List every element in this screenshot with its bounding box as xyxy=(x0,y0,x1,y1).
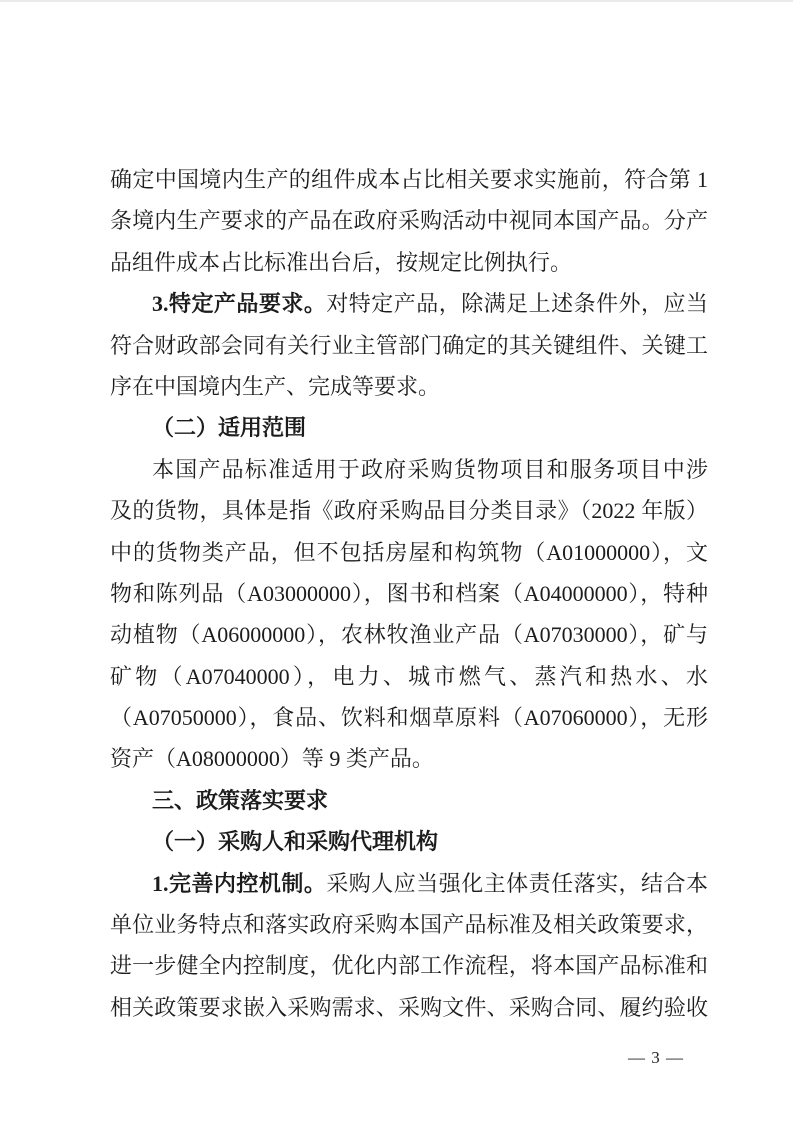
paragraph-lead: 3.特定产品要求。 xyxy=(152,291,326,316)
text-line: 单位业务特点和落实政府采购本国产品标准及相关政策要求， xyxy=(110,904,708,945)
subsection-heading-scope: （二）适用范围 xyxy=(110,407,708,448)
text-line: 符合财政部会同有关行业主管部门确定的其关键组件、关键工 xyxy=(110,325,708,366)
text-line: 及的货物，具体是指《政府采购品目分类目录》（2022 年版） xyxy=(110,490,708,531)
text-line: 动植物（A06000000），农林牧渔业产品（A07030000），矿与 xyxy=(110,614,708,655)
paragraph-text: 对特定产品，除满足上述条件外，应当 xyxy=(326,291,708,316)
text-line: 序在中国境内生产、完成等要求。 xyxy=(110,366,708,407)
text-line: 物和陈列品（A03000000），图书和档案（A04000000），特种 xyxy=(110,573,708,614)
text-line: 条境内生产要求的产品在政府采购活动中视同本国产品。分产 xyxy=(110,200,708,241)
text-line: 本国产品标准适用于政府采购货物项目和服务项目中涉 xyxy=(110,449,708,490)
subsection-heading-purchasers: （一）采购人和采购代理机构 xyxy=(110,821,708,862)
page-top-edge xyxy=(0,0,793,2)
text-line: 资产（A08000000）等 9 类产品。 xyxy=(110,738,708,779)
text-line: （A07050000），食品、饮料和烟草原料（A07060000），无形 xyxy=(110,697,708,738)
document-body: 确定中国境内生产的组件成本占比相关要求实施前，符合第 1 条境内生产要求的产品在… xyxy=(110,159,708,1028)
paragraph-text: 采购人应当强化主体责任落实，结合本 xyxy=(326,871,708,896)
text-line: 进一步健全内控制度，优化内部工作流程，将本国产品标准和 xyxy=(110,945,708,986)
text-line: 1.完善内控机制。采购人应当强化主体责任落实，结合本 xyxy=(110,863,708,904)
section-heading-policy: 三、政策落实要求 xyxy=(110,780,708,821)
paragraph-lead: 1.完善内控机制。 xyxy=(152,871,326,896)
page-number: — 3 — xyxy=(628,1048,684,1068)
text-line: 矿物（A07040000），电力、城市燃气、蒸汽和热水、水 xyxy=(110,656,708,697)
text-line: 相关政策要求嵌入采购需求、采购文件、采购合同、履约验收 xyxy=(110,987,708,1028)
document-page: 确定中国境内生产的组件成本占比相关要求实施前，符合第 1 条境内生产要求的产品在… xyxy=(0,0,793,1122)
text-line: 3.特定产品要求。对特定产品，除满足上述条件外，应当 xyxy=(110,283,708,324)
text-line: 中的货物类产品，但不包括房屋和构筑物（A01000000），文 xyxy=(110,532,708,573)
text-line: 确定中国境内生产的组件成本占比相关要求实施前，符合第 1 xyxy=(110,159,708,200)
text-line: 品组件成本占比标准出台后，按规定比例执行。 xyxy=(110,242,708,283)
